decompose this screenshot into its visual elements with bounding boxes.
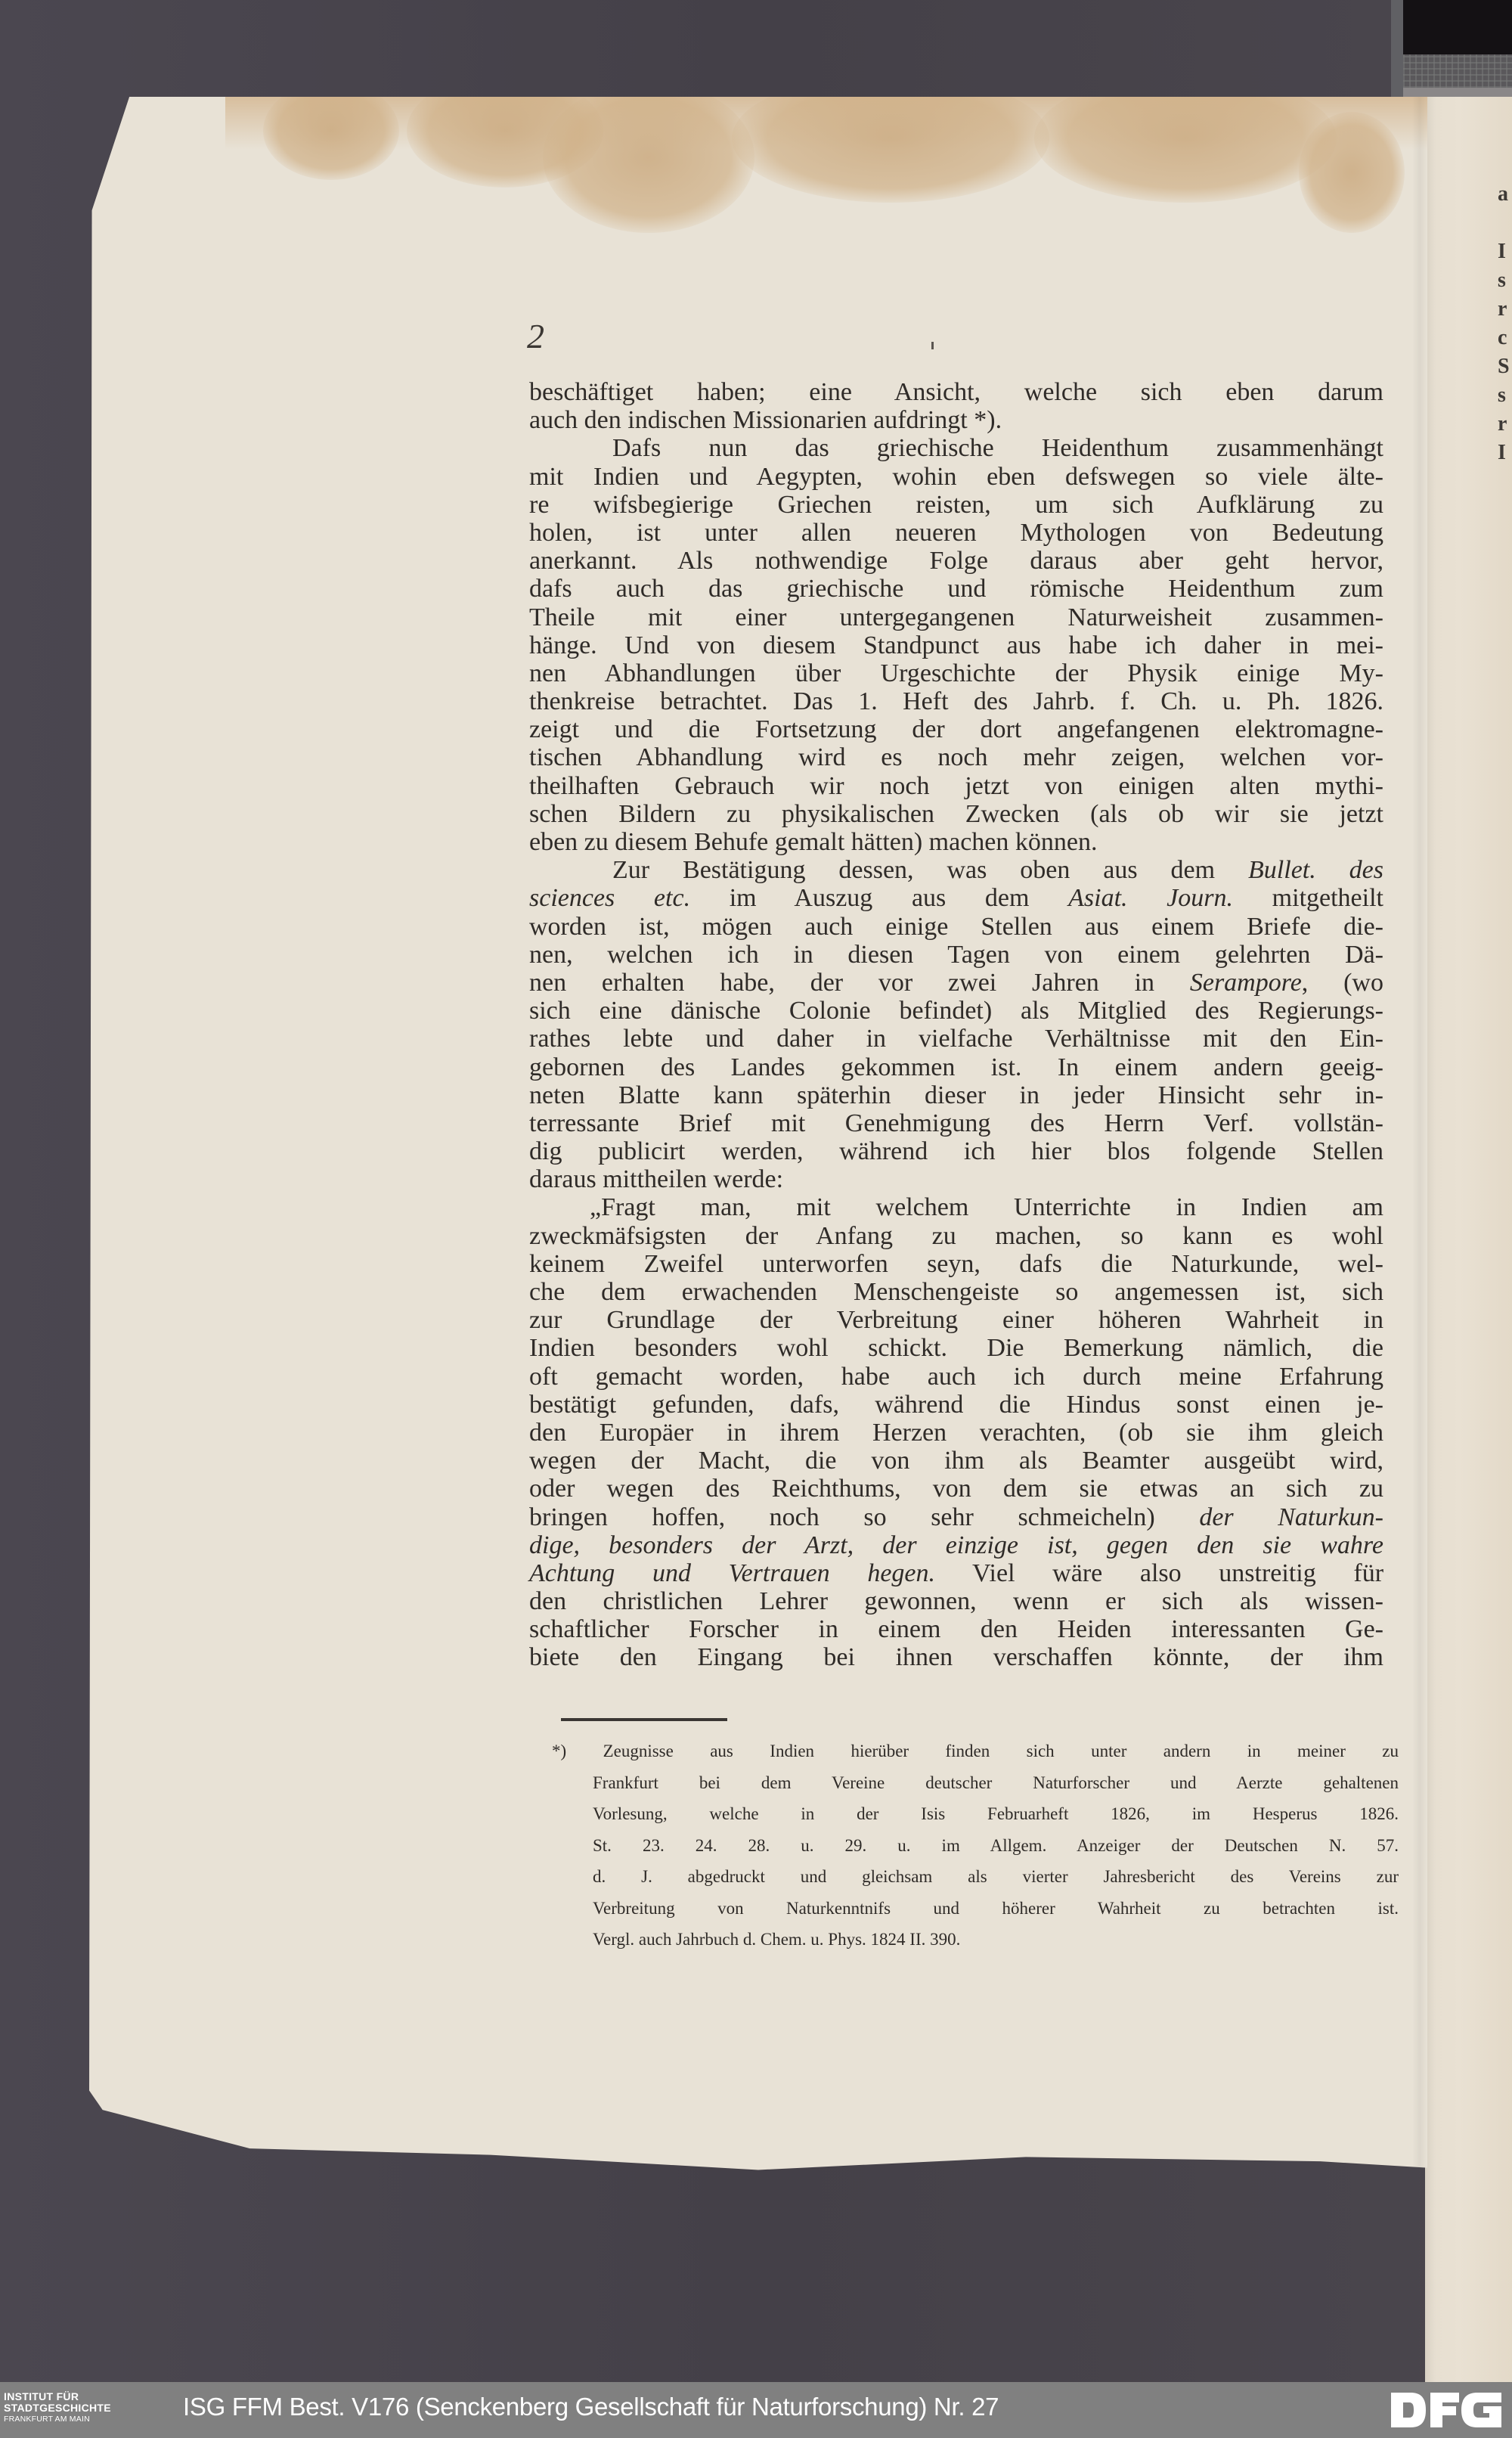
text-line: Indien besonders wohl schickt. Die Bemer… [529,1334,1383,1362]
text-line: Achtung und Vertrauen hegen. Viel wäre a… [529,1559,1383,1587]
text-line: „Fragt man, mit welchem Unterrichte in I… [529,1193,1383,1221]
text-line: den Europäer in ihrem Herzen verachten, … [529,1419,1383,1447]
page-number: 2 [527,316,544,356]
text-line: schaftlicher Forscher in einem den Heide… [529,1615,1383,1643]
text-line: gebornen des Landes gekommen ist. In ein… [529,1053,1383,1081]
footnote-line: Verbreitung von Naturkenntnifs und höher… [552,1893,1399,1925]
text-line: bestätigt gefunden, dafs, während die Hi… [529,1391,1383,1419]
text-run: , (wo [1302,969,1383,997]
text-line: biete den Eingang bei ihnen verschaffen … [529,1643,1383,1671]
text-line: che dem erwachenden Menschengeiste so an… [529,1278,1383,1306]
text-run: bringen hoffen, noch so sehr schmeicheln… [529,1503,1199,1531]
text-line: oder wegen des Reichthums, von dem sie e… [529,1475,1383,1503]
text-line: thenkreise betrachtet. Das 1. Heft des J… [529,687,1383,715]
text-line: zeigt und die Fortsetzung der dort angef… [529,715,1383,743]
text-line: hänge. Und von diesem Standpunct aus hab… [529,631,1383,659]
water-stain [1299,112,1405,233]
print-mark [931,342,934,349]
text-line: oft gemacht worden, habe auch ich durch … [529,1363,1383,1391]
institution-name-line: STADTGESCHICHTE [4,2402,111,2414]
footnote-line: St. 23. 24. 28. u. 29. u. im Allgem. Anz… [552,1830,1399,1862]
text-run: Viel wäre also unstreitig für [935,1559,1383,1587]
institution-logo: INSTITUT FÜR STADTGESCHICHTE FRANKFURT A… [4,2391,111,2425]
page-fold [1412,97,1427,2241]
text-line: dig publicirt werden, während ich hier b… [529,1137,1383,1165]
text-line: sciences etc. im Auszug aus dem Asiat. J… [529,884,1383,912]
text-line: keinem Zweifel unterworfen seyn, dafs di… [529,1250,1383,1278]
text-line: nen, welchen ich in diesen Tagen von ein… [529,941,1383,969]
text-line: dige, besonders der Arzt, der einzige is… [529,1531,1383,1559]
text-line: tischen Abhandlung wird es noch mehr zei… [529,743,1383,771]
footnote-line: Vergl. auch Jahrbuch d. Chem. u. Phys. 1… [552,1924,1399,1956]
text-line: Dafs nun das griechische Heidenthum zusa… [529,434,1383,462]
footnote-line: Frankfurt bei dem Vereine deutscher Natu… [552,1767,1399,1799]
italic-emphasis: dige, besonders der Arzt, der einzige is… [529,1531,1383,1559]
text-line: daraus mittheilen werde: [529,1165,1383,1193]
adjacent-page: a I s r c S s r I [1425,97,1512,2382]
text-line: mit Indien und Aegypten, wohin eben defs… [529,463,1383,491]
italic-citation: sciences etc. [529,884,690,912]
text-line: beschäftiget haben; eine Ansicht, welche… [529,378,1383,406]
text-line: auch den indischen Missionarien aufdring… [529,406,1383,434]
italic-citation: Asiat. Journ. [1068,884,1233,912]
text-line: rathes lebte und daher in vielfache Verh… [529,1025,1383,1053]
footnote: *) Zeugnisse aus Indien hierüber finden … [552,1735,1399,1956]
italic-citation: Bullet. des [1248,856,1383,884]
text-line: bringen hoffen, noch so sehr schmeicheln… [529,1503,1383,1531]
text-line: zweckmäfsigsten der Anfang zu machen, so… [529,1222,1383,1250]
italic-emphasis: der Naturkun- [1199,1503,1383,1531]
viewer-footer: INSTITUT FÜR STADTGESCHICHTE FRANKFURT A… [0,2382,1512,2438]
text-line: den christlichen Lehrer gewonnen, wenn e… [529,1587,1383,1615]
text-run: Zur Bestätigung dessen, was oben aus dem [612,856,1248,884]
dfg-logo-icon [1390,2390,1503,2430]
text-line: schen Bildern zu physikalischen Zwecken … [529,800,1383,828]
footnote-rule [561,1718,727,1721]
text-line: dafs auch das griechische und römische H… [529,575,1383,603]
italic-emphasis: Achtung und Vertrauen hegen. [529,1559,935,1587]
institution-location: FRANKFURT AM MAIN [4,2414,111,2425]
text-line: eben zu diesem Behufe gemalt hätten) mac… [529,828,1383,856]
text-line: sich eine dänische Colonie befindet) als… [529,997,1383,1025]
text-run: mitgetheilt [1233,884,1383,912]
footnote-line: *) Zeugnisse aus Indien hierüber finden … [552,1735,1399,1767]
text-line: zur Grundlage der Verbreitung einer höhe… [529,1306,1383,1334]
institution-name-line: INSTITUT FÜR [4,2391,111,2402]
adjacent-page-text: a I s r c S s r I [1498,180,1512,467]
text-line: worden ist, mögen auch einige Stellen au… [529,913,1383,941]
text-line: holen, ist unter allen neueren Mythologe… [529,519,1383,547]
text-run: im Auszug aus dem [690,884,1068,912]
scale-strip [1403,0,1512,98]
text-line: nen erhalten habe, der vor zwei Jahren i… [529,969,1383,997]
text-run: nen erhalten habe, der vor zwei Jahren i… [529,969,1190,997]
italic-place-name: Serampore [1190,969,1302,997]
footnote-line: d. J. abgedruckt und gleichsam als viert… [552,1861,1399,1893]
text-line: re wifsbegierige Griechen reisten, um si… [529,491,1383,519]
water-stain [543,82,754,233]
text-line: theilhaften Gebrauch wir noch jetzt von … [529,772,1383,800]
text-line: nen Abhandlungen über Urgeschichte der P… [529,659,1383,687]
scale-grid [1403,54,1512,88]
text-line: Theile mit einer untergegangenen Naturwe… [529,603,1383,631]
footnote-line: Vorlesung, welche in der Isis Februarhef… [552,1798,1399,1830]
text-line: anerkannt. Als nothwendige Folge daraus … [529,547,1383,575]
text-line: Zur Bestätigung dessen, was oben aus dem… [529,856,1383,884]
scan-edge [1391,0,1403,98]
text-line: wegen der Macht, die von ihm als Beamter… [529,1447,1383,1475]
body-text: beschäftiget haben; eine Ansicht, welche… [529,378,1383,1672]
text-line: neten Blatte kann späterhin dieser in je… [529,1081,1383,1109]
text-line: terressante Brief mit Genehmigung des He… [529,1109,1383,1137]
document-signature: ISG FFM Best. V176 (Senckenberg Gesellsc… [183,2393,999,2421]
